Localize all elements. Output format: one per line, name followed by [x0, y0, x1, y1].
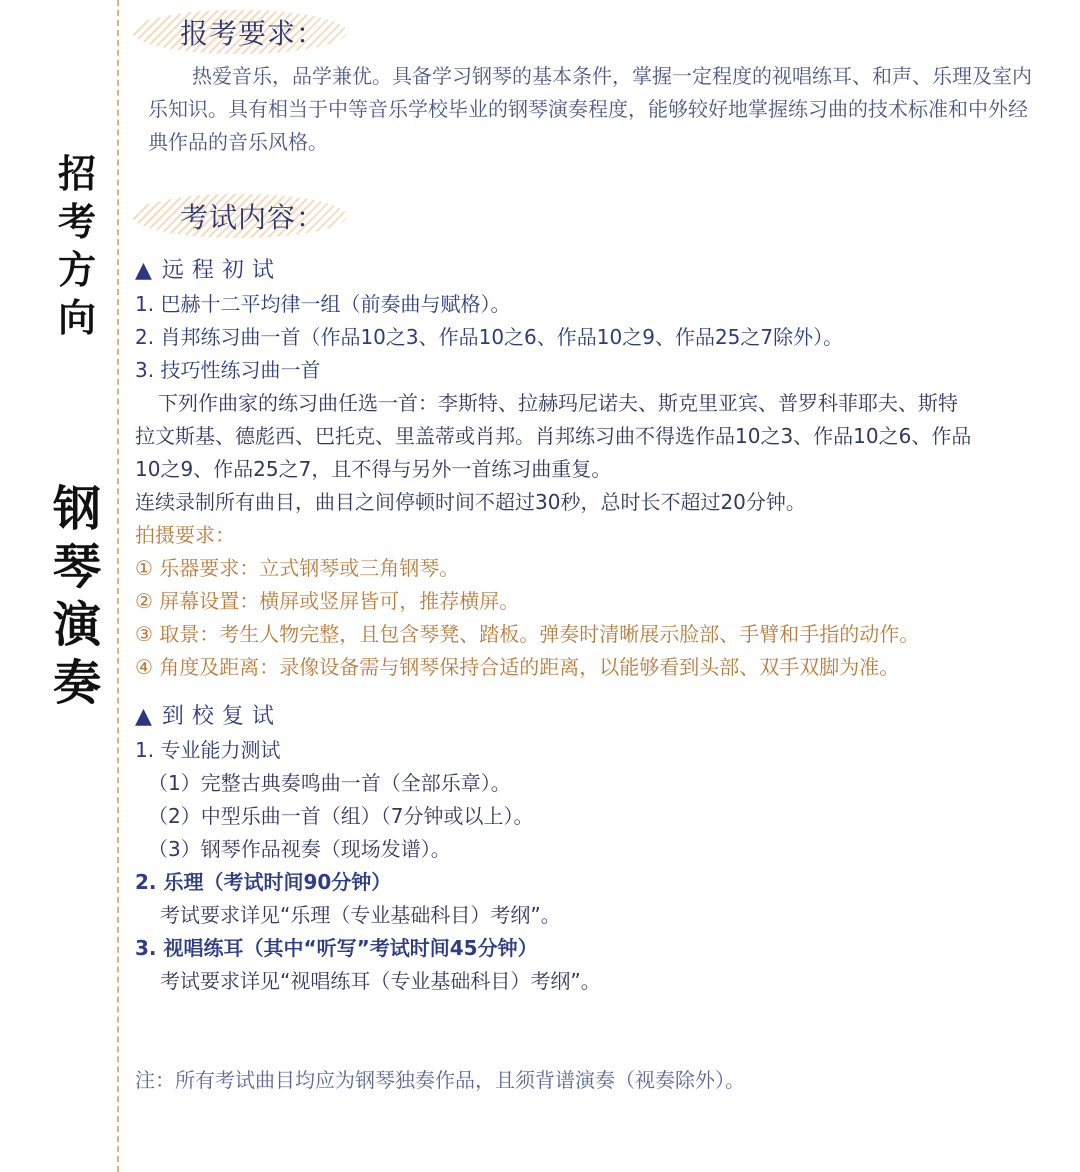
requirements-body: 热爱音乐，品学兼优。具备学习钢琴的基本条件，掌握一定程度的视唱练耳、和声、乐理及… — [148, 60, 1038, 159]
filming-item: ③ 取景：考生人物完整，且包含琴凳、踏板。弹奏时清晰展示脸部、手臂和手指的动作。 — [135, 618, 919, 651]
subhead-text: 到校复试 — [162, 704, 282, 729]
onsite-heading: ▲到校复试 — [135, 700, 282, 733]
onsite-item-1: 1. 专业能力测试 — [135, 734, 280, 767]
requirements-text: 热爱音乐，品学兼优。具备学习钢琴的基本条件，掌握一定程度的视唱练耳、和声、乐理及… — [148, 64, 1032, 154]
dashed-divider — [117, 0, 119, 1172]
category-char: 招 — [52, 150, 102, 198]
major-vertical-label: 钢 琴 演 奏 — [52, 480, 102, 712]
onsite-item-3-detail: 考试要求详见“视唱练耳（专业基础科目）考纲”。 — [160, 965, 601, 998]
onsite-sub-item: （1）完整古典奏鸣曲一首（全部乐章）。 — [148, 767, 511, 800]
exam-content-heading: 考试内容： — [132, 190, 352, 240]
category-vertical-label: 招 考 方 向 — [52, 150, 102, 342]
section-title: 报考要求： — [180, 12, 325, 52]
filming-item: ④ 角度及距离：录像设备需与钢琴保持合适的距离，以能够看到头部、双手双脚为准。 — [135, 651, 899, 684]
major-char: 琴 — [52, 538, 102, 596]
remote-item-3: 3. 技巧性练习曲一首 — [135, 354, 320, 387]
footnote: 注：所有考试曲目均应为钢琴独奏作品，且须背谱演奏（视奏除外）。 — [135, 1064, 745, 1097]
section-title: 考试内容： — [180, 196, 325, 236]
requirements-heading: 报考要求： — [132, 6, 352, 56]
triangle-icon: ▲ — [135, 704, 152, 729]
filming-heading: 拍摄要求： — [135, 519, 235, 552]
onsite-sub-item: （3）钢琴作品视奏（现场发谱）。 — [148, 833, 451, 866]
etude-detail-line: 下列作曲家的练习曲任选一首：李斯特、拉赫玛尼诺夫、斯克里亚宾、普罗科菲耶夫、斯特 — [158, 387, 958, 420]
triangle-icon: ▲ — [135, 258, 152, 283]
major-char: 钢 — [52, 480, 102, 538]
recording-rule: 连续录制所有曲目，曲目之间停顿时间不超过30秒，总时长不超过20分钟。 — [135, 486, 806, 519]
subhead-text: 远程初试 — [162, 258, 282, 283]
category-char: 方 — [52, 246, 102, 294]
onsite-item-2-detail: 考试要求详见“乐理（专业基础科目）考纲”。 — [160, 899, 561, 932]
onsite-sub-item: （2）中型乐曲一首（组）（7分钟或以上）。 — [148, 800, 533, 833]
onsite-item-3: 3. 视唱练耳（其中“听写”考试时间45分钟） — [135, 932, 538, 965]
etude-detail-line: 拉文斯基、德彪西、巴托克、里盖蒂或肖邦。肖邦练习曲不得选作品10之3、作品10之… — [135, 420, 971, 453]
onsite-item-2: 2. 乐理（考试时间90分钟） — [135, 866, 391, 899]
remote-heading: ▲远程初试 — [135, 254, 282, 287]
remote-item-2: 2. 肖邦练习曲一首（作品10之3、作品10之6、作品10之9、作品25之7除外… — [135, 321, 843, 354]
etude-detail-line: 10之9、作品25之7，且不得与另外一首练习曲重复。 — [135, 453, 611, 486]
filming-item: ② 屏幕设置：横屏或竖屏皆可，推荐横屏。 — [135, 585, 519, 618]
category-char: 考 — [52, 198, 102, 246]
filming-item: ① 乐器要求：立式钢琴或三角钢琴。 — [135, 552, 459, 585]
major-char: 演 — [52, 596, 102, 654]
major-char: 奏 — [52, 654, 102, 712]
remote-item-1: 1. 巴赫十二平均律一组（前奏曲与赋格）。 — [135, 288, 510, 321]
category-char: 向 — [52, 294, 102, 342]
